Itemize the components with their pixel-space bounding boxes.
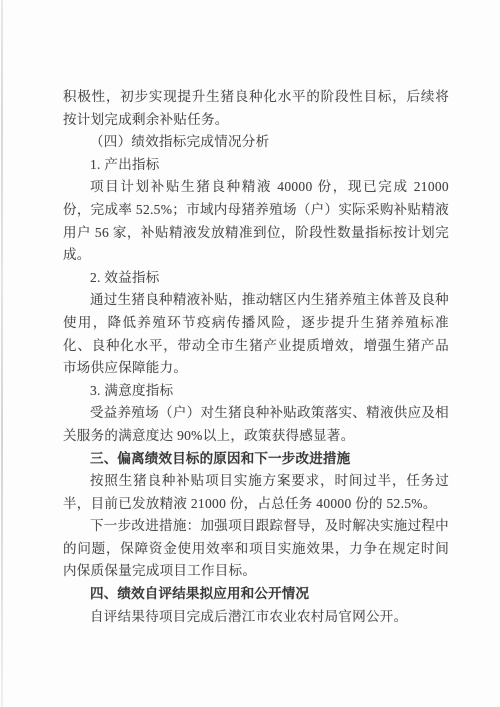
paragraph-output-indicator: 项目计划补贴生猪良种精液 40000 份，现已完成 21000 份，完成率 52…: [63, 176, 449, 266]
heading-section3-deviation: 三、偏离绩效目标的原因和下一步改进措施: [63, 448, 449, 471]
document-body: 积极性，初步实现提升生猪良种化水平的阶段性目标，后续将按计划完成剩余补贴任务。 …: [63, 86, 449, 628]
heading-section4-publication: 四、绩效自评结果拟应用和公开情况: [63, 583, 449, 606]
paragraph-publication-plan: 自评结果待项目完成后潜江市农业农村局官网公开。: [63, 606, 449, 629]
paragraph-satisfaction-indicator: 受益养殖场（户）对生猪良种补贴政策落实、精液供应及相关服务的满意度达 90%以上…: [63, 402, 449, 447]
subheading-section4-indicators: （四）绩效指标完成情况分析: [63, 131, 449, 154]
paragraph-benefit-indicator: 通过生猪良种精液补贴，推动辖区内生猪养殖主体普及良种使用，降低养殖环节疫病传播风…: [63, 289, 449, 379]
subheading-benefit-indicator: 2. 效益指标: [63, 267, 449, 290]
scan-edge-artifact: [1, 0, 3, 707]
subheading-satisfaction-indicator: 3. 满意度指标: [63, 380, 449, 403]
subheading-output-indicator: 1. 产出指标: [63, 154, 449, 177]
document-page: 积极性，初步实现提升生猪良种化水平的阶段性目标，后续将按计划完成剩余补贴任务。 …: [0, 0, 500, 707]
paragraph-continuation: 积极性，初步实现提升生猪良种化水平的阶段性目标，后续将按计划完成剩余补贴任务。: [63, 86, 449, 131]
paragraph-improvement-measures: 下一步改进措施：加强项目跟踪督导，及时解决实施过程中的问题，保障资金使用效率和项…: [63, 515, 449, 583]
paragraph-progress-status: 按照生猪良种补贴项目实施方案要求，时间过半，任务过半，目前已发放精液 21000…: [63, 470, 449, 515]
